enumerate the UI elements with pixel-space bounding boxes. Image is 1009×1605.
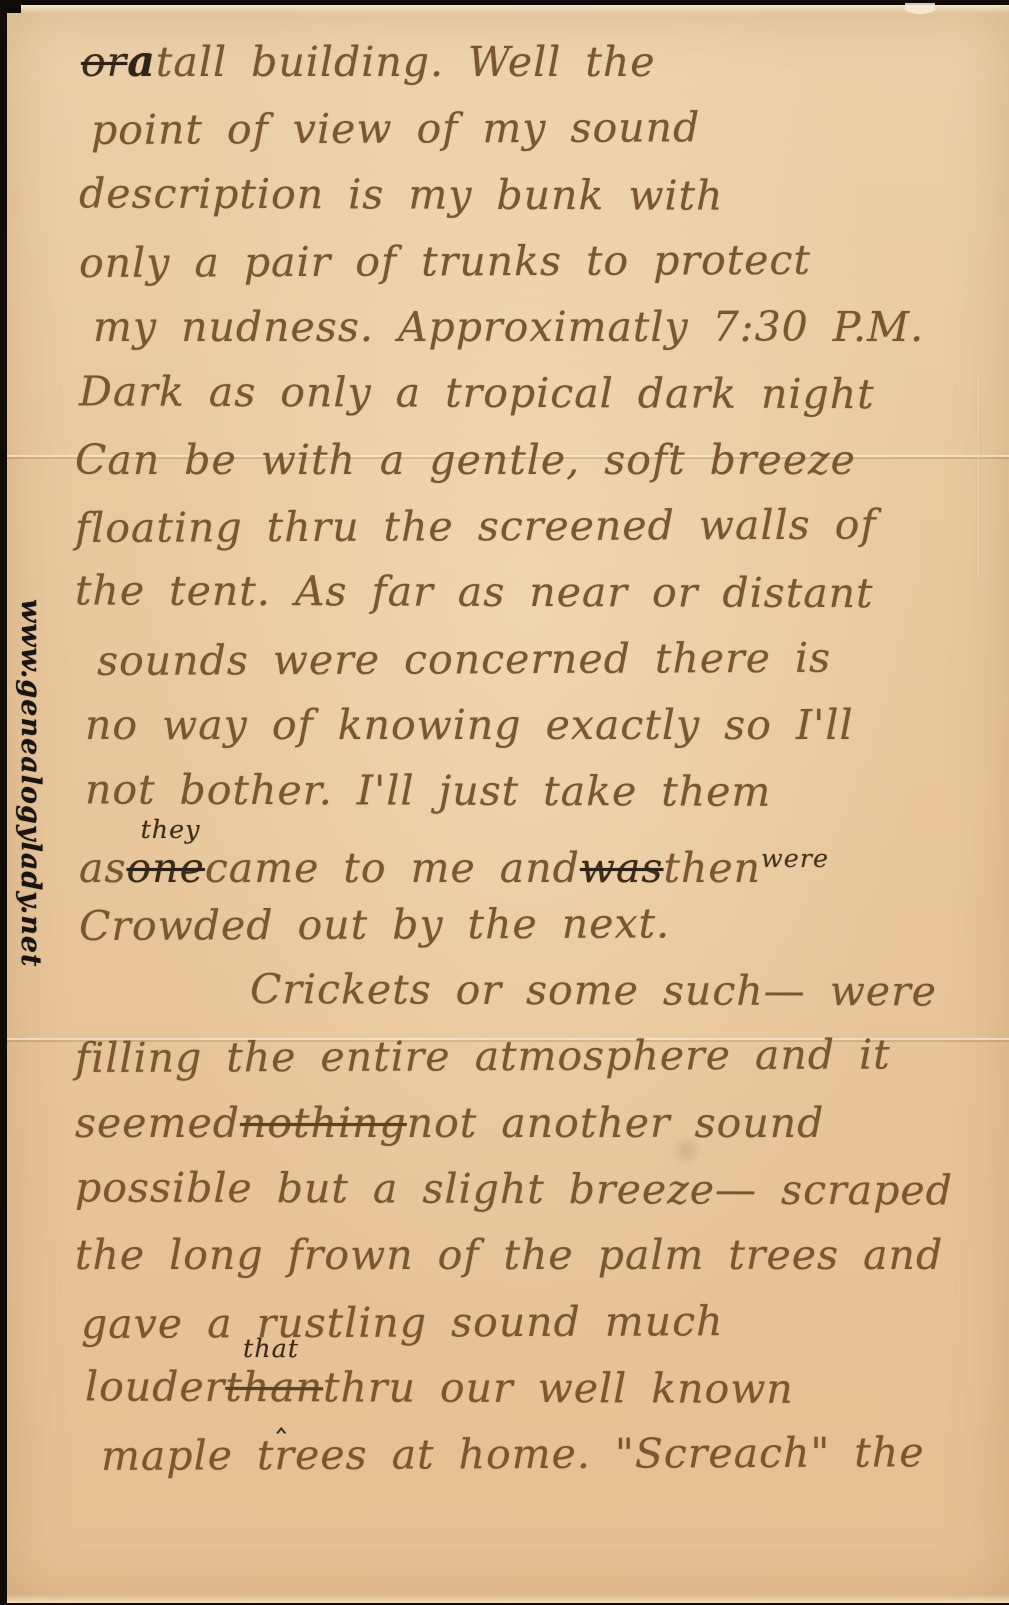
handwritten-line: filling the entire atmosphere and it	[75, 1021, 995, 1091]
handwritten-line: as onethey came to me and was thenwere	[75, 825, 995, 891]
paper-corner-notch	[0, 0, 21, 13]
strikethrough-text: onethey	[126, 835, 204, 901]
inserted-word-above: they	[141, 817, 201, 842]
strikethrough-text: nothing	[240, 1090, 407, 1156]
letter-paper: www.genealogylady.net or a tall building…	[7, 5, 1009, 1603]
text-segment: thru our well known	[323, 1354, 794, 1422]
handwritten-line: possible but a slight breeze— scraped	[75, 1154, 995, 1224]
text-segment: the tent. As far as near or distant	[75, 558, 874, 627]
inserted-word: were	[761, 825, 829, 891]
text-segment: Crickets or some such— were	[250, 956, 937, 1025]
handwritten-line: only a pair of trunks to protect	[75, 226, 995, 296]
handwritten-line: point of view of my sound	[75, 93, 995, 163]
text-segment: Can be with a gentle, soft breeze	[75, 427, 856, 493]
text-segment: not another sound	[407, 1090, 825, 1156]
text-segment: tall building. Well the	[156, 29, 656, 95]
watermark-text: www.genealogylady.net	[15, 599, 46, 1009]
overwritten-letter: a	[127, 29, 156, 95]
handwritten-line: floating thru the screened walls of	[75, 491, 995, 561]
handwritten-line: Crowded out by the next.	[75, 889, 995, 959]
text-segment: Dark as only a tropical dark night	[79, 359, 875, 428]
text-segment: only a pair of trunks to protect	[79, 227, 811, 296]
letter-body: or a tall building. Well thepoint of vie…	[75, 29, 995, 1488]
handwritten-line: Dark as only a tropical dark night	[75, 359, 995, 429]
text-segment: point of view of my sound	[91, 95, 701, 164]
paper-top-edge	[7, 5, 1009, 14]
handwritten-line: maple trees at home. "Screach" the	[75, 1419, 995, 1489]
handwritten-line: or a tall building. Well the	[75, 29, 995, 95]
text-segment: description is my bunk with	[79, 160, 724, 229]
handwritten-line: my nudness. Approximatly 7:30 P.M.	[75, 294, 995, 360]
text-segment: Crowded out by the next.	[79, 890, 670, 959]
handwritten-line: seemed nothing not another sound	[75, 1090, 995, 1156]
inserted-word-above: that	[243, 1336, 299, 1362]
handwritten-line: Can be with a gentle, soft breeze	[75, 427, 995, 493]
handwritten-line: sounds were concerned there is	[75, 624, 995, 694]
paper-tear-mark	[905, 3, 935, 14]
handwritten-line: Crickets or some such— were	[75, 956, 995, 1026]
text-segment: floating thru the screened walls of	[75, 492, 877, 562]
text-segment: no way of knowing exactly so I'll	[85, 692, 854, 758]
text-segment: the long frown of the palm trees and	[75, 1222, 943, 1288]
strikethrough-text: or	[81, 29, 127, 95]
handwritten-line: the tent. As far as near or distant	[75, 558, 995, 628]
handwritten-line: louder thanthat‸ thru our well known	[75, 1353, 995, 1423]
text-segment: my nudness. Approximatly 7:30 P.M.	[93, 294, 924, 360]
handwritten-line: not bother. I'll just take them	[75, 757, 995, 827]
handwritten-line: the long frown of the palm trees and	[75, 1222, 995, 1288]
handwritten-line: description is my bunk with	[75, 160, 995, 230]
text-segment: seemed	[75, 1090, 240, 1156]
text-segment: louder	[85, 1353, 226, 1420]
paper-bottom-edge	[7, 1594, 1009, 1603]
text-segment: maple trees at home. "Screach" the	[101, 1420, 925, 1490]
text-segment: gave a rustling sound much	[81, 1288, 724, 1357]
handwritten-line: no way of knowing exactly so I'll	[75, 692, 995, 758]
text-segment: as	[79, 835, 126, 901]
handwritten-line: gave a rustling sound much	[75, 1287, 995, 1357]
text-segment: sounds were concerned there is	[97, 624, 831, 693]
text-segment: possible but a slight breeze— scraped	[75, 1154, 953, 1223]
text-segment: filling the entire atmosphere and it	[75, 1022, 891, 1092]
strikethrough-text: thanthat‸	[225, 1354, 323, 1421]
page-background: { "watermark": "www.genealogylady.net", …	[0, 0, 1009, 1605]
